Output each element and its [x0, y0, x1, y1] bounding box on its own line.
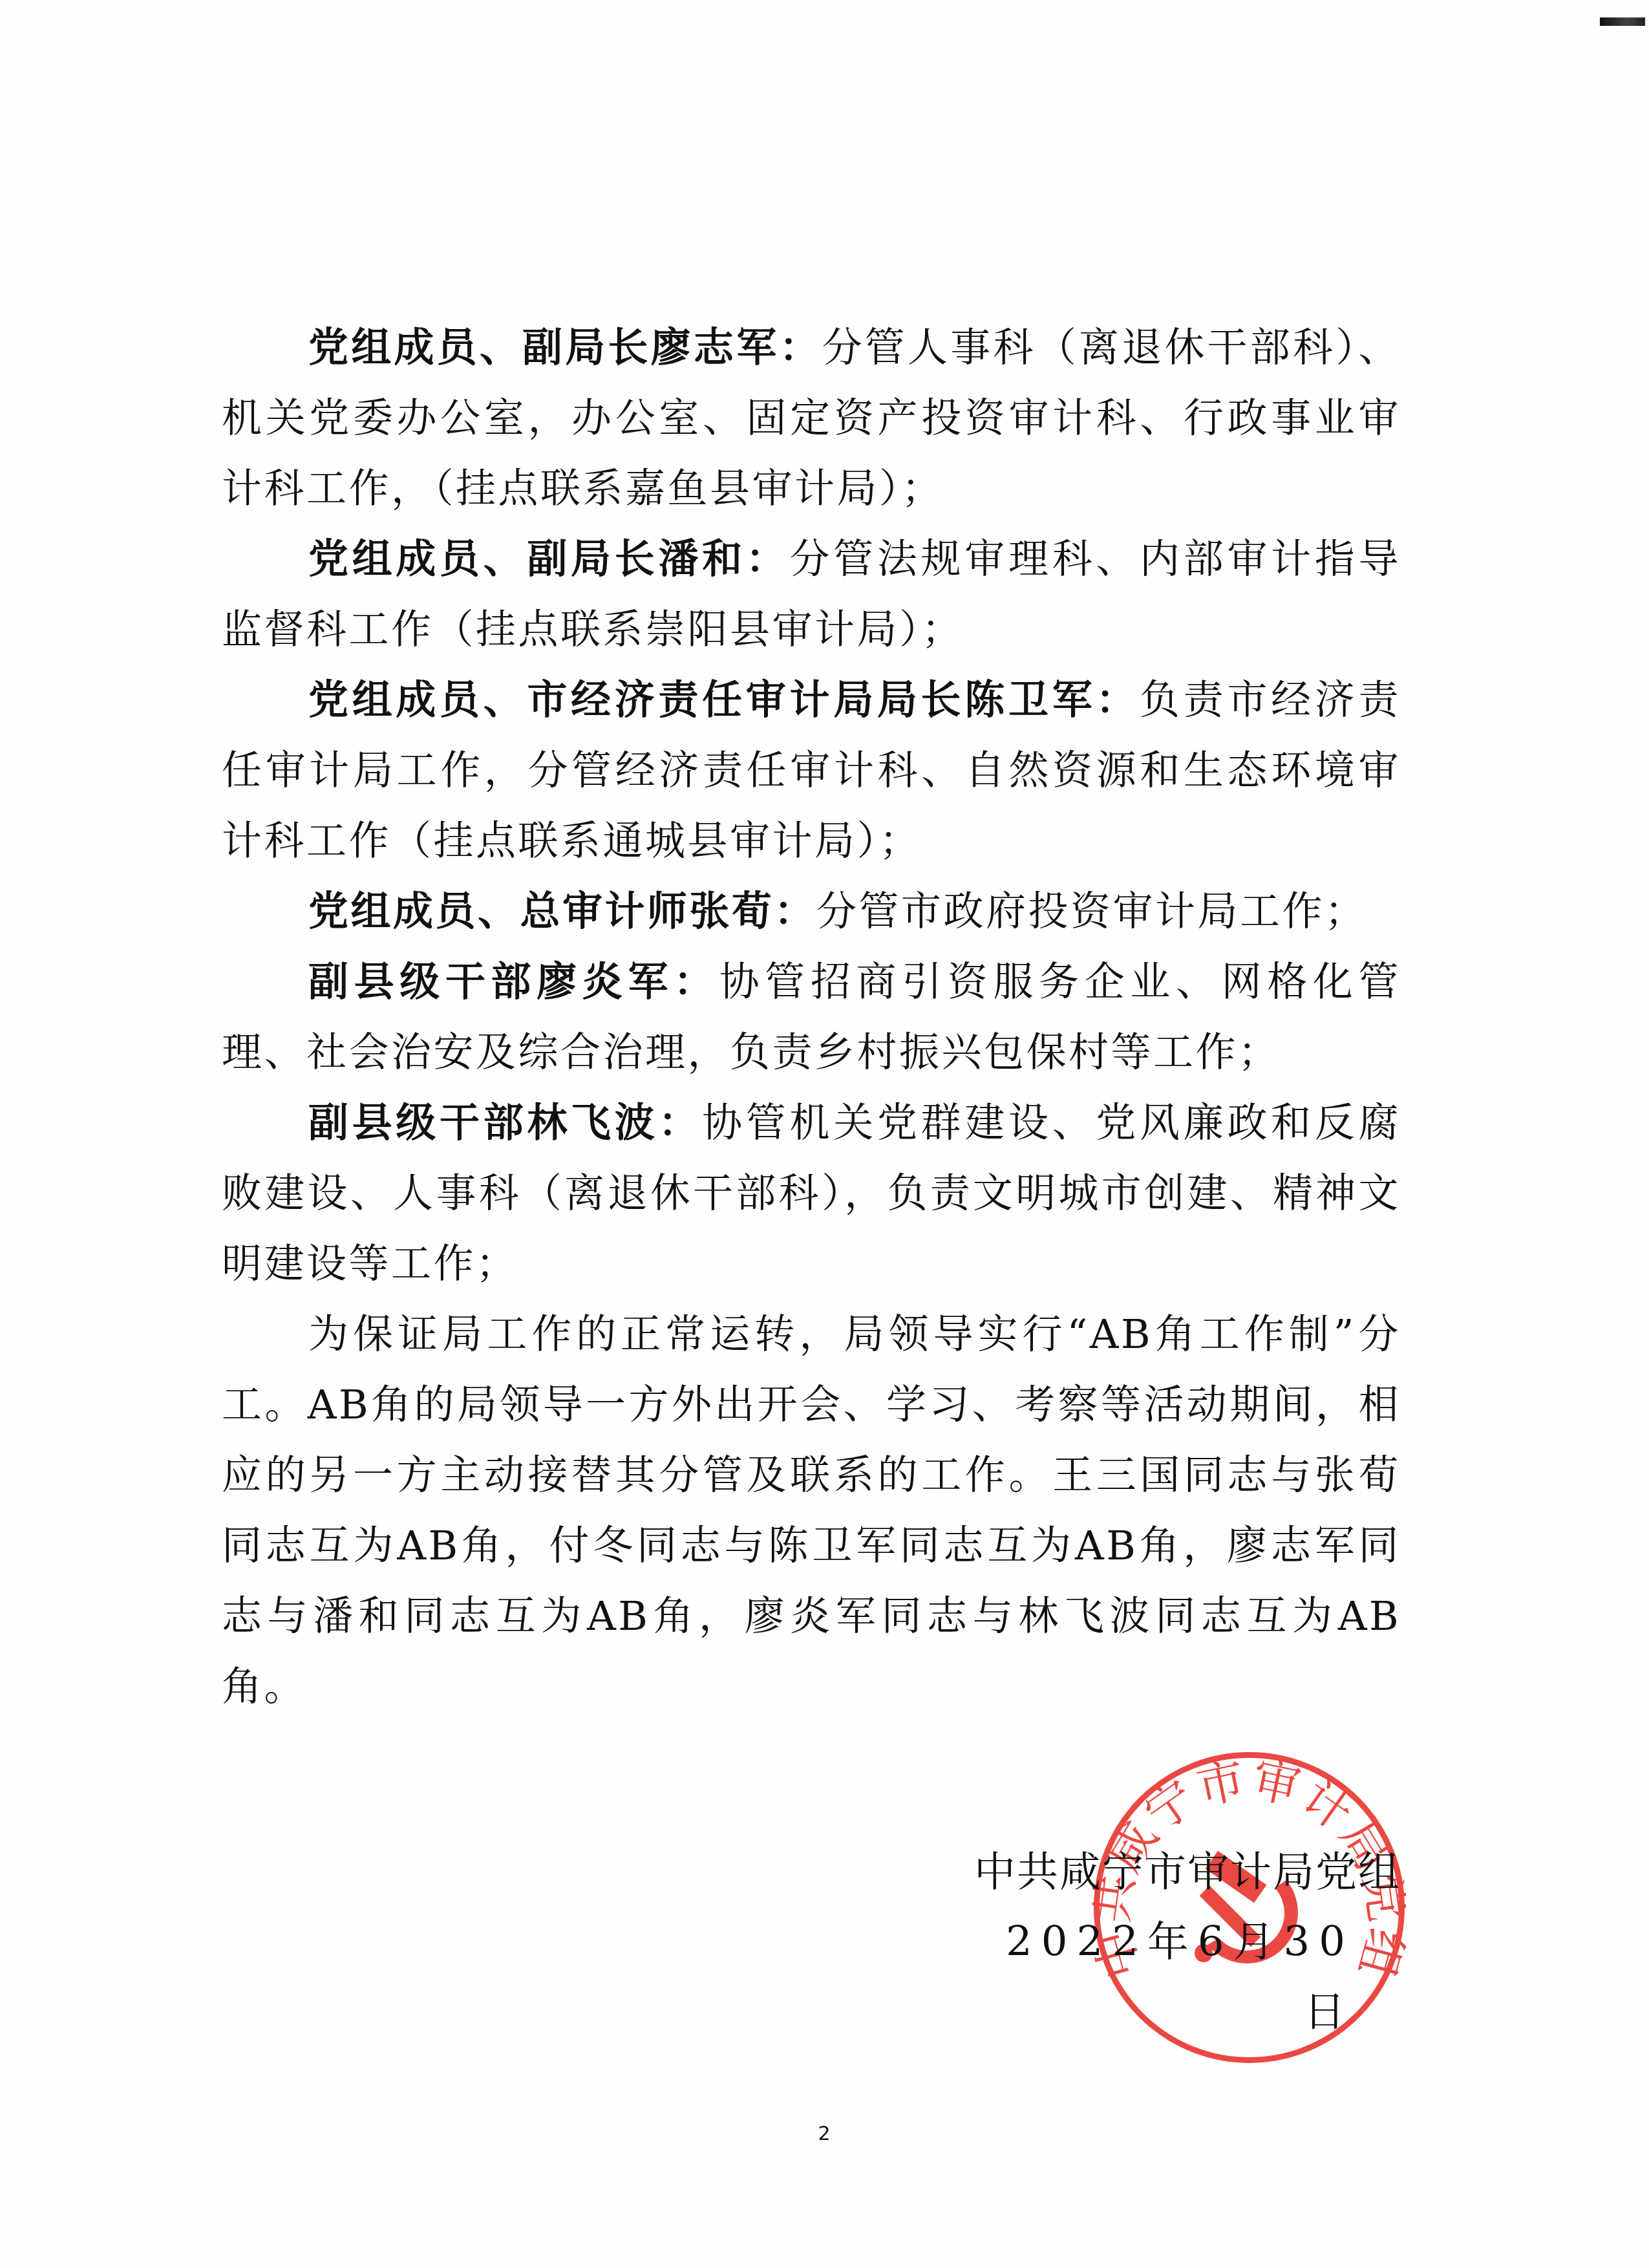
paragraph-lead: 党组成员、市经济责任审计局局长陈卫军： — [308, 676, 1140, 723]
document-body: 党组成员、副局长廖志军：分管人事科（离退休干部科）、机关党委办公室，办公室、固定… — [222, 312, 1401, 1722]
signature-date: 2022年6月30日 — [970, 1907, 1401, 2047]
paragraph-ab-role-system: 为保证局工作的正常运转，局领导实行“AB角工作制”分工。AB角的局领导一方外出开… — [222, 1299, 1401, 1722]
paragraph-lead: 党组成员、副局长潘和： — [308, 535, 790, 583]
page-number: 2 — [808, 2123, 840, 2145]
signature-organization: 中共咸宁市审计局党组 — [970, 1837, 1401, 1907]
paragraph-lead: 副县级干部廖炎军： — [308, 958, 719, 1005]
paragraph-lin-feibo: 副县级干部林飞波：协管机关党群建设、党风廉政和反腐败建设、人事科（离退休干部科）… — [222, 1087, 1401, 1299]
paragraph-lead: 副县级干部林飞波： — [308, 1099, 702, 1146]
paragraph-pan-he: 党组成员、副局长潘和：分管法规审理科、内部审计指导监督科工作（挂点联系崇阳县审计… — [222, 524, 1401, 665]
paragraph-lead: 党组成员、总审计师张荀： — [308, 888, 816, 935]
paragraph-text: 为保证局工作的正常运转，局领导实行“AB角工作制”分工。AB角的局领导一方外出开… — [222, 1311, 1401, 1710]
paragraph-chen-weijun: 党组成员、市经济责任审计局局长陈卫军：负责市经济责任审计局工作，分管经济责任审计… — [222, 665, 1401, 876]
paragraph-liao-yanjun: 副县级干部廖炎军：协管招商引资服务企业、网格化管理、社会治安及综合治理，负责乡村… — [222, 947, 1401, 1087]
document-page: 党组成员、副局长廖志军：分管人事科（离退休干部科）、机关党委办公室，办公室、固定… — [0, 0, 1649, 2268]
paragraph-lead: 党组成员、副局长廖志军： — [308, 324, 822, 371]
signature-block: 中共咸宁市审计局党组 2022年6月30日 — [970, 1837, 1401, 2047]
paragraph-liao-zhijun: 党组成员、副局长廖志军：分管人事科（离退休干部科）、机关党委办公室，办公室、固定… — [222, 312, 1401, 524]
paragraph-zhang-xun: 党组成员、总审计师张荀：分管市政府投资审计局工作； — [222, 876, 1401, 947]
paragraph-text: 分管市政府投资审计局工作； — [816, 888, 1367, 935]
scan-edge-mark — [1600, 17, 1645, 26]
